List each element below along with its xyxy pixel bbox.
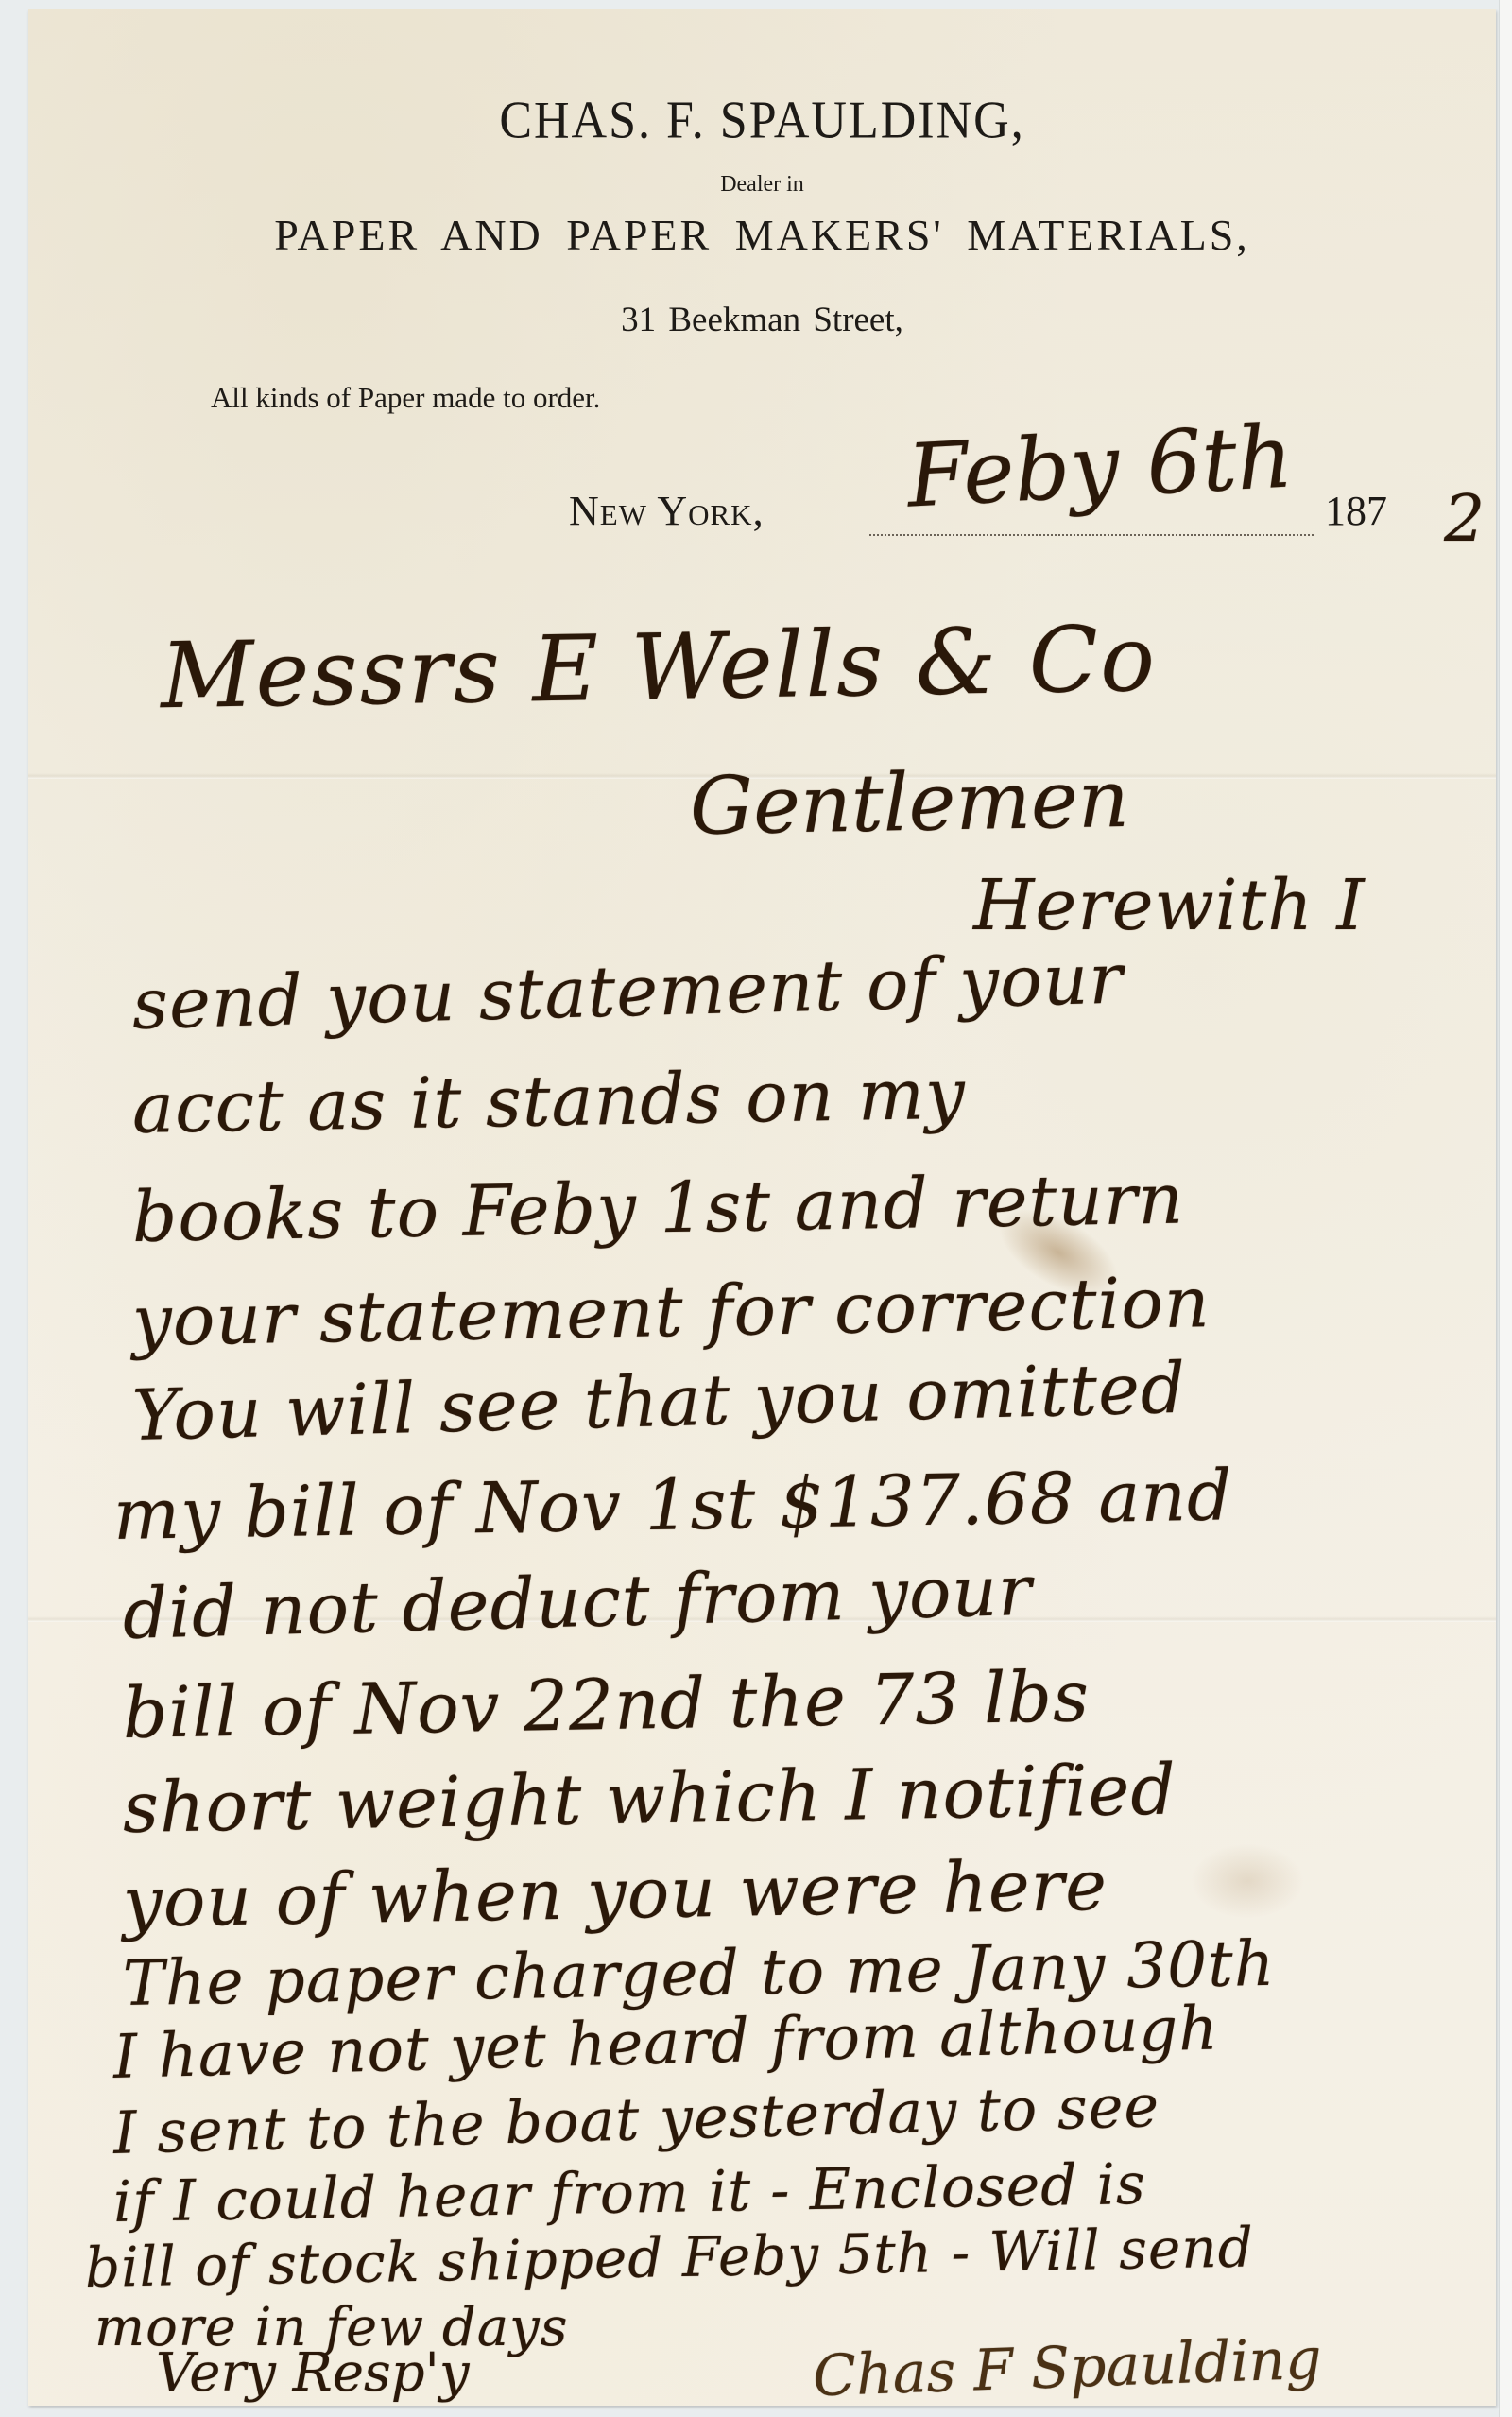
body-line: bill of Nov 22nd the 73 lbs xyxy=(122,1656,1090,1754)
body-line: my bill of Nov 1st $137.68 and xyxy=(112,1455,1233,1556)
salutation: Gentlemen xyxy=(689,752,1129,853)
year-prefix: 187 xyxy=(1325,487,1387,535)
body-line: send you statement of your xyxy=(131,939,1125,1045)
recipient-name: Messrs E Wells & Co xyxy=(160,606,1158,729)
city-name: New York, xyxy=(569,487,765,535)
closing-signoff: Very Resp'y xyxy=(156,2342,470,2404)
body-line: Herewith I xyxy=(973,865,1366,946)
company-name: CHAS. F. SPAULDING, xyxy=(28,91,1496,151)
street-address: 31 Beekman Street, xyxy=(28,300,1496,340)
handwritten-year-digit: 2 xyxy=(1444,482,1485,557)
body-line: you of when you were here xyxy=(122,1845,1108,1943)
body-line: acct as it stands on my xyxy=(131,1054,966,1149)
body-line: did not deduct from your xyxy=(122,1550,1034,1655)
letter-paper: CHAS. F. SPAULDING, Dealer in PAPER AND … xyxy=(28,9,1496,2406)
body-line: short weight which I notified xyxy=(122,1750,1177,1849)
dealer-in-label: Dealer in xyxy=(28,172,1496,198)
date-dotted-rule xyxy=(869,534,1314,536)
water-stain xyxy=(1191,1843,1304,1919)
business-description: PAPER AND PAPER MAKERS' MATERIALS, xyxy=(28,210,1496,260)
body-line: your statement for correction xyxy=(131,1262,1211,1362)
tagline: All kinds of Paper made to order. xyxy=(211,381,600,415)
handwritten-date: Feby 6th xyxy=(904,406,1295,527)
scan-background-edge xyxy=(1499,0,1512,2417)
signature: Chas F Spaulding xyxy=(812,2326,1323,2410)
body-line: You will see that you omitted xyxy=(131,1348,1187,1457)
